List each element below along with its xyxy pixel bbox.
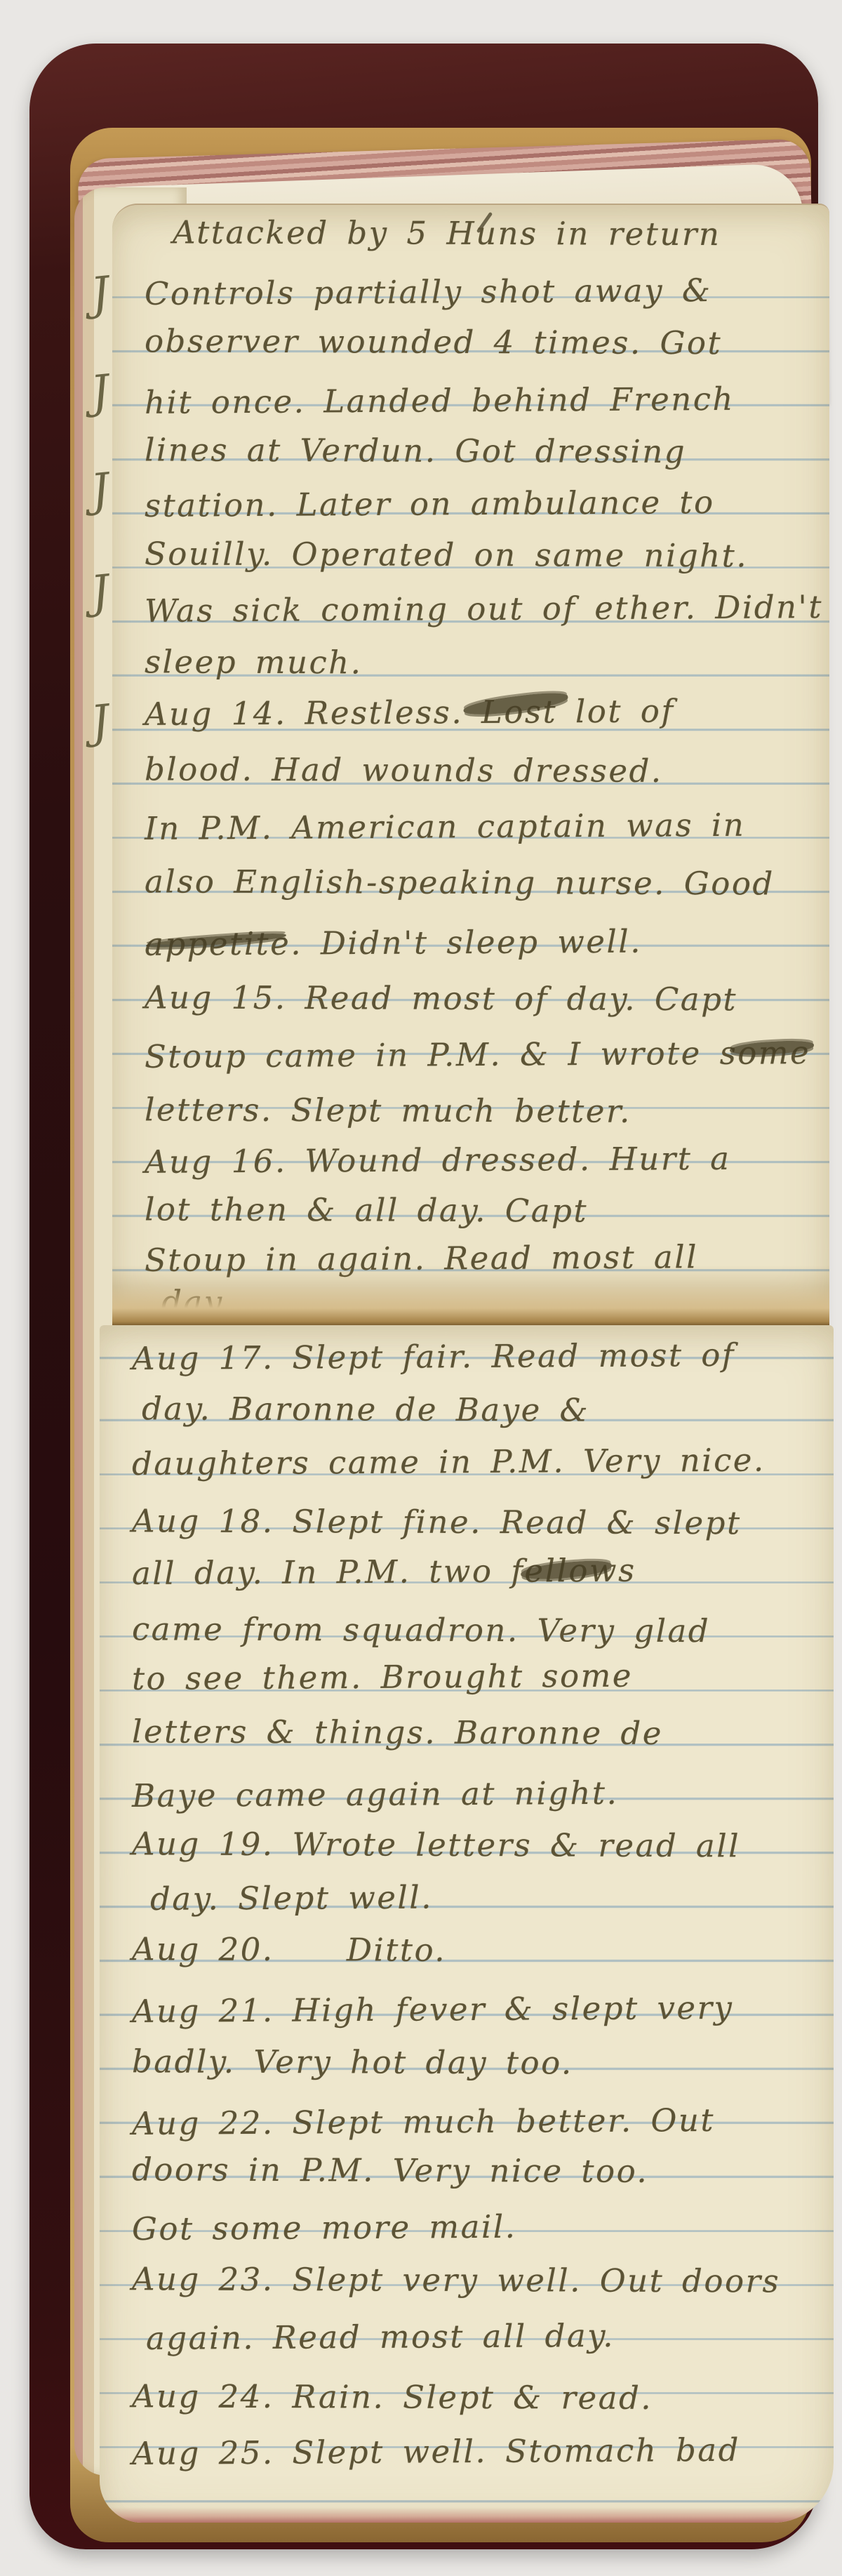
diary-line: Was sick coming out of ether. Didn't (145, 590, 817, 628)
diary-line: came from squadron. Very glad (132, 1612, 821, 1649)
diary-line: lot then & all day. Capt (145, 1192, 817, 1229)
diary-line: daughters came in P.M. Very nice. (132, 1442, 821, 1481)
diary-line: sleep much. (145, 644, 817, 682)
diary-line: blood. Had wounds dressed. (145, 752, 817, 789)
diary-line: Aug 22. Slept much better. Out (132, 2102, 821, 2141)
diary-line: Aug 25. Slept well. Stomach bad (132, 2432, 821, 2471)
diary-line: Aug 23. Slept very well. Out doors (132, 2262, 821, 2299)
diary-line: hit once. Landed behind French (145, 381, 817, 420)
diary-line: Aug 19. Wrote letters & read all (132, 1826, 821, 1864)
diary-page-lower: Aug 17. Slept fair. Read most of day. Ba… (100, 1325, 834, 2523)
diary-line: day. Baronne de Baye & (142, 1391, 821, 1428)
diary-line: Controls partially shot away & (145, 272, 817, 311)
diary-line: Stoup in again. Read most all (145, 1239, 817, 1277)
diary-line: letters. Slept much better. (145, 1092, 817, 1129)
diary-line: again. Read most all day. (146, 2317, 821, 2356)
diary-line: appetite. Didn't sleep well. (145, 923, 817, 962)
diary-line: all day. In P.M. two fellows (132, 1552, 821, 1591)
stray-pen-mark: J (89, 467, 112, 514)
diary-page-upper: Attacked by 5 Huns in return Controls pa… (112, 204, 829, 1327)
diary-line: to see them. Brought some (132, 1657, 821, 1696)
notebook-cover: J J J J J Attacked by 5 Huns in return C… (29, 44, 818, 2549)
diary-line: Aug 17. Slept fair. Read most of (132, 1337, 821, 1376)
diary-line: Aug 20. Ditto. (132, 1932, 821, 1969)
diary-line: Souilly. Operated on same night. (145, 536, 817, 573)
diary-line: lines at Verdun. Got dressing (145, 432, 817, 470)
diary-line: observer wounded 4 times. Got (145, 324, 817, 361)
diary-line: badly. Very hot day too. (132, 2044, 821, 2081)
stray-pen-mark: J (89, 271, 112, 317)
diary-line: Aug 18. Slept fine. Read & slept (132, 1503, 821, 1541)
diary-photograph: J J J J J Attacked by 5 Huns in return C… (0, 0, 842, 2576)
diary-line: doors in P.M. Very nice too. (132, 2152, 821, 2189)
diary-line: In P.M. American captain was in (145, 807, 817, 846)
diary-line: day. Slept well. (150, 1878, 821, 1916)
diary-line: station. Later on ambulance to (145, 484, 817, 523)
diary-line: Aug 16. Wound dressed. Hurt a (145, 1141, 817, 1179)
diary-line: Attacked by 5 Huns in return (173, 215, 817, 252)
diary-line: also English-speaking nurse. Good (145, 864, 817, 901)
diary-line: Aug 21. High fever & slept very (132, 1990, 821, 2029)
stray-pen-mark: J (89, 369, 112, 416)
diary-line: Stoup came in P.M. & I wrote some (145, 1035, 817, 1074)
diary-line: day. (161, 1284, 817, 1322)
stray-pen-mark: J (89, 699, 112, 745)
diary-line: letters & things. Baronne de (132, 1714, 821, 1751)
diary-line: Aug 15. Read most of day. Capt (145, 980, 817, 1017)
diary-line: Aug 24. Rain. Slept & read. (132, 2379, 821, 2416)
diary-line: Got some more mail. (132, 2207, 821, 2246)
diary-line: Baye came again at night. (132, 1774, 821, 1813)
stray-pen-mark: J (89, 569, 112, 616)
